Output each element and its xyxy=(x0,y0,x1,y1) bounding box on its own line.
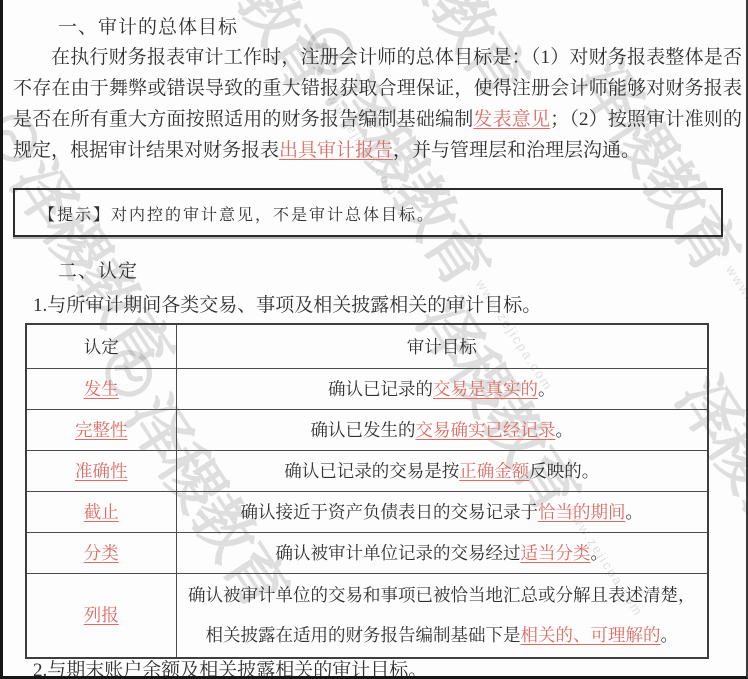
table-row: 完整性 确认已发生的交易确实已经记录。 xyxy=(26,409,708,450)
objective-cell: 确认接近于资产负债表日的交易记录于恰当的期间。 xyxy=(176,491,708,532)
assertion-completeness: 完整性 xyxy=(26,409,176,450)
paragraph-text: ，并与管理层和治理层沟通。 xyxy=(393,140,640,161)
emphasis-text: 恰当的期间 xyxy=(538,502,626,522)
objective-cell: 确认已记录的交易是真实的。 xyxy=(176,368,708,409)
emphasis-issue-audit-report: 出具审计报告 xyxy=(279,140,393,161)
table-header-row: 认定 审计目标 xyxy=(26,324,708,368)
emphasis-text: 交易是真实的 xyxy=(433,379,538,399)
emphasis-text: 相关的、可理解的 xyxy=(521,625,661,645)
emphasis-text: 正确金额 xyxy=(459,461,529,481)
assertion-accuracy: 准确性 xyxy=(26,450,176,491)
emphasis-text: 交易确实已经记录 xyxy=(416,420,556,440)
list-item-balances-objectives: 2.与期末账户余额及相关披露相关的审计目标。 xyxy=(33,655,427,679)
objective-cell: 确认已发生的交易确实已经记录。 xyxy=(176,409,708,450)
header-audit-objective: 审计目标 xyxy=(176,324,708,368)
assertion-cutoff: 截止 xyxy=(26,491,176,532)
table-row: 准确性 确认已记录的交易是按正确金额反映的。 xyxy=(26,450,708,491)
tip-box: 【提示】对内控的审计意见，不是审计总体目标。 xyxy=(13,188,723,237)
list-item-transactions-objectives: 1.与所审计期间各类交易、事项及相关披露相关的审计目标。 xyxy=(33,290,541,317)
document-page: 泽稷教育 www.zejicpa.com 泽稷教育 泽稷教育 www.zejic… xyxy=(0,0,748,679)
header-assertion: 认定 xyxy=(26,324,176,368)
section-title-overall-objectives: 一、审计的总体目标 xyxy=(58,12,238,39)
body-paragraph: 在执行财务报表审计工作时，注册会计师的总体目标是：（1）对财务报表整体是否不存在… xyxy=(13,42,742,166)
table-row: 发生 确认已记录的交易是真实的。 xyxy=(26,368,708,409)
table-row: 列报 确认被审计单位的交易和事项已被恰当地汇总或分解且表述清楚，相关披露在适用的… xyxy=(26,573,708,658)
assertion-presentation: 列报 xyxy=(26,573,176,658)
emphasis-text: 适当分类 xyxy=(521,543,591,563)
emphasis-express-opinion: 发表意见 xyxy=(473,109,550,130)
assertion-occurrence: 发生 xyxy=(26,368,176,409)
section-title-assertions: 二、认定 xyxy=(58,256,138,283)
objective-cell: 确认已记录的交易是按正确金额反映的。 xyxy=(176,450,708,491)
objective-cell: 确认被审计单位记录的交易经过适当分类。 xyxy=(176,532,708,573)
assertion-classification: 分类 xyxy=(26,532,176,573)
table-row: 截止 确认接近于资产负债表日的交易记录于恰当的期间。 xyxy=(26,491,708,532)
assertions-table: 认定 审计目标 发生 确认已记录的交易是真实的。 完整性 确认已发生的交易确实已… xyxy=(25,323,709,659)
table-row: 分类 确认被审计单位记录的交易经过适当分类。 xyxy=(26,532,708,573)
objective-cell: 确认被审计单位的交易和事项已被恰当地汇总或分解且表述清楚，相关披露在适用的财务报… xyxy=(176,573,708,658)
tip-text: 【提示】对内控的审计意见，不是审计总体目标。 xyxy=(39,207,435,224)
